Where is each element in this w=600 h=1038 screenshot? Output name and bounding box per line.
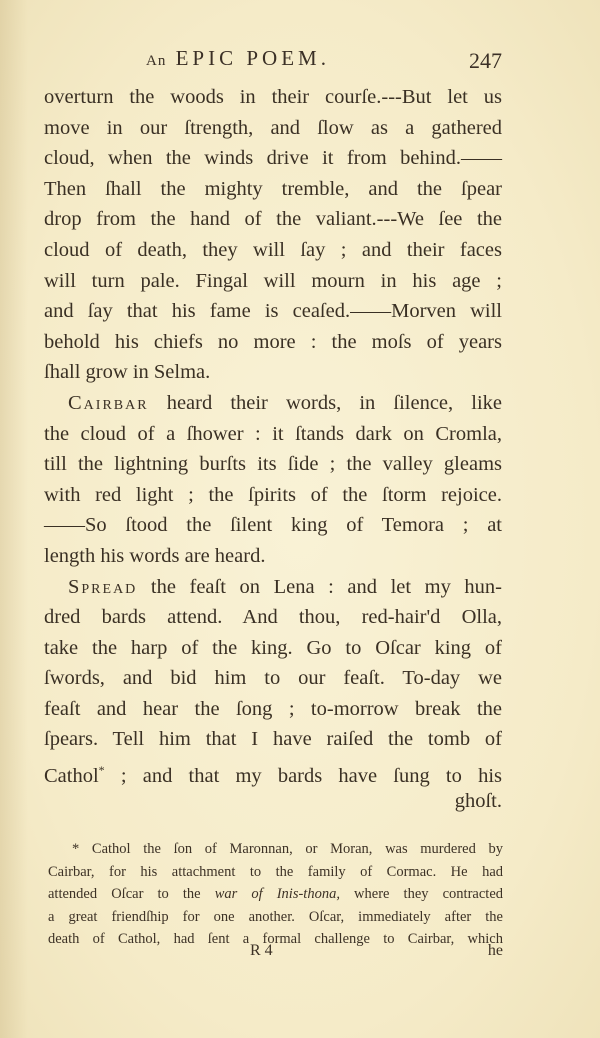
text-span: attended Oſcar to the: [48, 886, 201, 902]
signature-mark: R 4: [250, 942, 273, 960]
signature-row: R 4 he: [48, 942, 503, 966]
text-line: will turn pale. Fingal will mourn in his…: [44, 266, 502, 297]
footnote-line: a great friendſhip for one another. Oſca…: [48, 906, 503, 929]
text-line: take the harp of the king. Go to Oſcar k…: [44, 633, 502, 664]
text-line: drop from the hand of the valiant.---We …: [44, 204, 502, 235]
text-line: cloud, when the winds drive it from behi…: [44, 143, 502, 174]
text-line: with red light ; the ſpirits of the ſtor…: [44, 480, 502, 511]
running-title: An EPIC POEM.: [146, 46, 330, 71]
text-line: feaſt and hear the ſong ; to-morrow brea…: [44, 694, 502, 725]
catchword: he: [488, 942, 503, 960]
text-span: where they contracted: [354, 886, 503, 902]
page-number: 247: [469, 48, 502, 74]
text-line: move in our ſtrength, and ſlow as a gath…: [44, 113, 502, 144]
paragraph-cairbar-first-line: Cairbar heard their words, in ſilence, l…: [44, 388, 502, 419]
running-title-first-word: An: [146, 53, 166, 69]
running-head: An EPIC POEM. 247: [44, 46, 500, 76]
text-line: behold his chiefs no more : the moſs of …: [44, 327, 502, 358]
footnote-line: * Cathol the ſon of Maronnan, or Moran, …: [48, 838, 503, 861]
text-line: the cloud of a ſhower : it ſtands dark o…: [44, 419, 502, 450]
text-span: heard their words, in ſilence, like: [167, 392, 502, 414]
text-line: ſwords, and bid him to our feaſt. To-day…: [44, 663, 502, 694]
body-text: overturn the woods in their courſe.---Bu…: [44, 82, 502, 816]
text-line: ſhall grow in Selma.: [44, 357, 502, 388]
text-line-with-footnote: Cathol* ; and that my bards have ſung to…: [44, 755, 502, 786]
footnote: * Cathol the ſon of Maronnan, or Moran, …: [48, 838, 503, 951]
text-line: till the lightning burſts its ſide ; the…: [44, 449, 502, 480]
footnote-marker: *: [99, 763, 105, 777]
gutter-shadow: [0, 0, 28, 1038]
italic-title: war of Inis-thona,: [215, 886, 340, 902]
text-line: dred bards attend. And thou, red-hair'd …: [44, 602, 502, 633]
lead-word-spread: Spread: [68, 576, 137, 598]
text-line: and ſay that his fame is ceaſed.——Morven…: [44, 296, 502, 327]
lead-word-cairbar: Cairbar: [68, 392, 149, 414]
footnote-line: Cairbar, for his attachment to the famil…: [48, 861, 503, 884]
footnote-line: attended Oſcar to the war of Inis-thona,…: [48, 883, 503, 906]
text-span: ; and that my bards have ſung to his: [121, 765, 502, 787]
text-line: ——So ſtood the ſilent king of Temora ; a…: [44, 510, 502, 541]
text-line: ghoſt.: [44, 786, 502, 817]
text-line: length his words are heard.: [44, 541, 502, 572]
paragraph-spread-first-line: Spread the feaſt on Lena : and let my hu…: [44, 572, 502, 603]
text-line: overturn the woods in their courſe.---Bu…: [44, 82, 502, 113]
text-line: Then ſhall the mighty tremble, and the ſ…: [44, 174, 502, 205]
text-span: Cathol: [44, 765, 99, 787]
running-title-rest: EPIC POEM.: [176, 46, 330, 70]
text-line: cloud of death, they will ſay ; and thei…: [44, 235, 502, 266]
text-line: ſpears. Tell him that I have raiſed the …: [44, 724, 502, 755]
text-span: the feaſt on Lena : and let my hun-: [151, 576, 502, 598]
book-page: An EPIC POEM. 247 overturn the woods in …: [0, 0, 600, 1038]
